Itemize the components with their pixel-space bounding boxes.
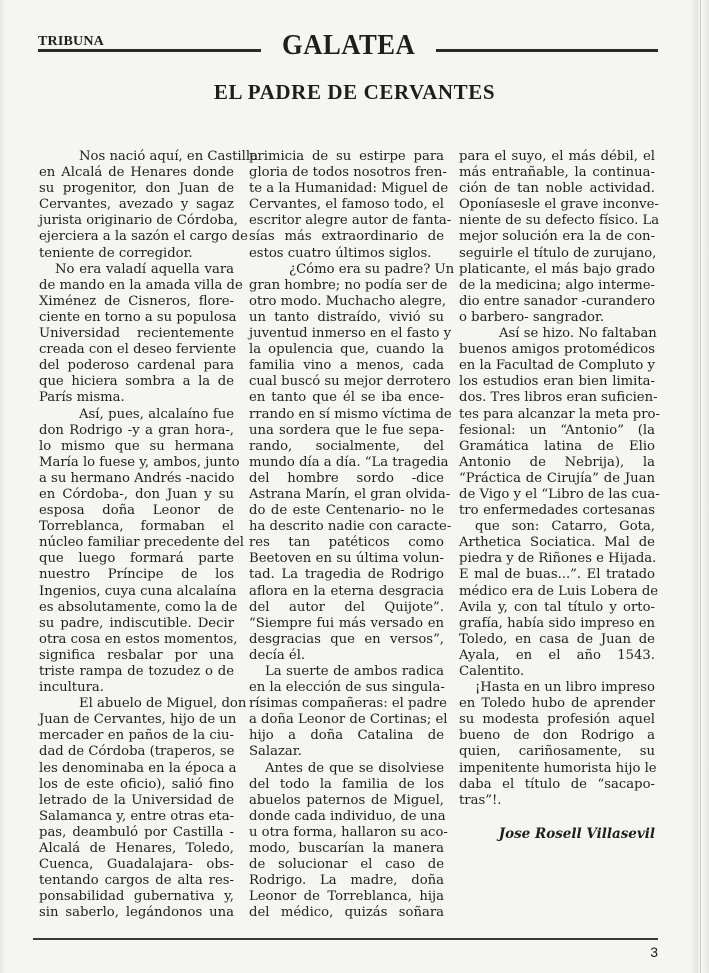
text-line: su padre, indiscutible. Decir	[39, 616, 234, 632]
text-line: dad de Córdoba (traperos, se	[39, 744, 234, 760]
text-line: Gramática latina de Elio	[459, 439, 655, 455]
text-line: Cervantes, avezado y sagaz	[39, 197, 234, 213]
text-line: Oponíasesle el grave inconve-	[459, 197, 655, 213]
text-line: do de este Centenario- no le	[249, 503, 444, 519]
text-line: Calentito.	[459, 664, 655, 680]
header-rule-left	[38, 49, 261, 52]
magazine-page: TRIBUNA GALATEA EL PADRE DE CERVANTES No…	[0, 0, 709, 973]
page-header: TRIBUNA GALATEA	[38, 28, 658, 68]
text-line: buenos amigos protomédicos	[459, 342, 655, 358]
text-line: teniente de corregidor.	[39, 246, 234, 262]
text-line: gloria de todos nosotros fren-	[249, 165, 444, 181]
text-line: modo, buscarían la manera	[249, 841, 444, 857]
text-line: Torreblanca, formaban el	[39, 519, 234, 535]
text-line: del hombre sordo -dice	[249, 471, 444, 487]
text-line: sías más extraordinario de	[249, 229, 444, 245]
text-line: Arthetica Sociatica. Mal de	[459, 535, 655, 551]
magazine-title: GALATEA	[282, 29, 415, 62]
text-line: Cervantes, el famoso todo, el	[249, 197, 444, 213]
text-line: nuestro Príncipe de los	[39, 567, 234, 583]
text-line: gran hombre; no podía ser de	[249, 278, 444, 294]
text-line: ciente en torno a su populosa	[39, 310, 234, 326]
text-line: Alcalá de Henares, Toledo,	[39, 841, 234, 857]
text-line: mundo día a día. “La tragedia	[249, 455, 444, 471]
text-line: su modesta profesión aquel	[459, 712, 655, 728]
text-line: piedra y de Riñones e Hijada.	[459, 551, 655, 567]
text-line: mejor solución era la de con-	[459, 229, 655, 245]
text-line: en Toledo hubo de aprender	[459, 696, 655, 712]
text-line: de Vigo y el “Libro de las cua-	[459, 487, 655, 503]
text-line: ción de tan noble actividad.	[459, 181, 655, 197]
text-line: “Siempre fui más versado en	[249, 616, 444, 632]
text-line: donde cada individuo, de una	[249, 809, 444, 825]
text-line: que luego formará parte	[39, 551, 234, 567]
text-line: Salazar.	[249, 744, 444, 760]
text-line: a doña Leonor de Cortinas; el	[249, 712, 444, 728]
text-line: ponsabilidad gubernativa y,	[39, 889, 234, 905]
text-line: res tan patéticos como	[249, 535, 444, 551]
text-line: creada con el deseo ferviente	[39, 342, 234, 358]
text-line: desgracias que en versos”,	[249, 632, 444, 648]
text-line: ¿Cómo era su padre? Un	[249, 262, 444, 278]
text-line: del poderoso cardenal para	[39, 358, 234, 374]
text-column-3: para el suyo, el más débil, elmás entrañ…	[459, 149, 655, 809]
text-line: juventud inmerso en el fasto y	[249, 326, 444, 342]
text-line: Así, pues, alcalaíno fue	[39, 407, 234, 423]
page-edge	[700, 0, 701, 973]
text-line: les denominaba en la época a	[39, 761, 234, 777]
text-line: Nos nació aquí, en Castilla	[39, 149, 234, 165]
text-line: Juan de Cervantes, hijo de un	[39, 712, 234, 728]
text-line: que hiciera sombra a la de	[39, 374, 234, 390]
header-rule-right	[436, 49, 658, 52]
text-line: es absolutamente, como la de	[39, 600, 234, 616]
text-line: la opulencia que, cuando la	[249, 342, 444, 358]
text-line: hijo a doña Catalina de	[249, 728, 444, 744]
text-line: del todo la familia de los	[249, 777, 444, 793]
text-line: rísimas compañeras: el padre	[249, 696, 444, 712]
text-line: Ayala, en el año 1543.	[459, 648, 655, 664]
text-line: aflora en la eterna desgracia	[249, 584, 444, 600]
text-line: tras”!.	[459, 793, 655, 809]
text-line: dos. Tres libros eran suficien-	[459, 390, 655, 406]
text-line: a su hermano Andrés -nacido	[39, 471, 234, 487]
text-line: médico era de Luis Lobera de	[459, 584, 655, 600]
text-line: en Córdoba-, don Juan y su	[39, 487, 234, 503]
text-line: ejerciera a la sazón el cargo de	[39, 229, 234, 245]
text-line: de la medicina; algo interme-	[459, 278, 655, 294]
text-line: ha descrito nadie con caracte-	[249, 519, 444, 535]
text-line: decía él.	[249, 648, 444, 664]
text-line: los de este oficio), salió fino	[39, 777, 234, 793]
text-line: El abuelo de Miguel, don	[39, 696, 234, 712]
text-line: en la Facultad de Compluto y	[459, 358, 655, 374]
text-line: jurista originario de Córdoba,	[39, 213, 234, 229]
text-line: de solucionar el caso de	[249, 857, 444, 873]
text-line: de mando en la amada villa de	[39, 278, 234, 294]
article-title: EL PADRE DE CERVANTES	[0, 80, 709, 105]
text-line: escritor alegre autor de fanta-	[249, 213, 444, 229]
text-line: en Alcalá de Henares donde	[39, 165, 234, 181]
text-line: núcleo familiar precedente del	[39, 535, 234, 551]
text-line: u otra forma, hallaron su aco-	[249, 825, 444, 841]
text-line: E mal de buas...”. El tratado	[459, 567, 655, 583]
text-line: María lo fuese y, ambos, junto	[39, 455, 234, 471]
text-line: más entrañable, la continua-	[459, 165, 655, 181]
text-line: rrando en sí mismo víctima de	[249, 407, 444, 423]
text-column-2: primicia de su estirpe paragloria de tod…	[249, 149, 444, 922]
text-column-1: Nos nació aquí, en Castillaen Alcalá de …	[39, 149, 234, 922]
text-line: una sordera que le fue sepa-	[249, 423, 444, 439]
text-line: los estudios eran bien limita-	[459, 374, 655, 390]
text-line: un tanto distraído, vivió su	[249, 310, 444, 326]
text-line: estos cuatro últimos siglos.	[249, 246, 444, 262]
text-line: que son: Catarro, Gota,	[459, 519, 655, 535]
text-line: mercader en paños de la ciu-	[39, 728, 234, 744]
text-line: triste rampa de tozudez o de	[39, 664, 234, 680]
text-line: La suerte de ambos radica	[249, 664, 444, 680]
text-line: tes para alcanzar la meta pro-	[459, 407, 655, 423]
text-line: Beetoven en su última volun-	[249, 551, 444, 567]
text-line: esposa doña Leonor de	[39, 503, 234, 519]
text-line: su progenitor, don Juan de	[39, 181, 234, 197]
text-line: familia vino a menos, cada	[249, 358, 444, 374]
text-line: cual buscó su mejor derrotero	[249, 374, 444, 390]
text-line: quien, cariñosamente, su	[459, 744, 655, 760]
text-line: del autor del Quijote”.	[249, 600, 444, 616]
text-line: daba el título de “sacapo-	[459, 777, 655, 793]
text-line: niente de su defecto físico. La	[459, 213, 655, 229]
text-line: en tanto que él se iba ence-	[249, 390, 444, 406]
text-line: tentando cargos de alta res-	[39, 873, 234, 889]
text-line: bueno de don Rodrigo a	[459, 728, 655, 744]
text-line: para el suyo, el más débil, el	[459, 149, 655, 165]
text-line: Toledo, en casa de Juan de	[459, 632, 655, 648]
text-line: No era valadí aquella vara	[39, 262, 234, 278]
text-line: sin saberlo, legándonos una	[39, 905, 234, 921]
text-line: primicia de su estirpe para	[249, 149, 444, 165]
section-label: TRIBUNA	[38, 34, 104, 50]
text-line: significa resbalar por una	[39, 648, 234, 664]
text-line: fesional: un “Antonio” (la	[459, 423, 655, 439]
text-line: Universidad recientemente	[39, 326, 234, 342]
text-line: ¡Hasta en un libro impreso	[459, 680, 655, 696]
text-line: del médico, quizás soñara	[249, 905, 444, 921]
text-line: incultura.	[39, 680, 234, 696]
text-line: Antes de que se disolviese	[249, 761, 444, 777]
text-line: platicante, el más bajo grado	[459, 262, 655, 278]
text-line: Salamanca y, entre otras eta-	[39, 809, 234, 825]
text-line: seguirle el título de zurujano,	[459, 246, 655, 262]
text-line: letrado de la Universidad de	[39, 793, 234, 809]
text-line: dio entre sanador -curandero	[459, 294, 655, 310]
text-line: Antonio de Nebrija), la	[459, 455, 655, 471]
text-line: otra cosa en estos momentos,	[39, 632, 234, 648]
page-number: 3	[650, 944, 658, 960]
text-line: tad. La tragedia de Rodrigo	[249, 567, 444, 583]
text-line: pas, deambuló por Castilla -	[39, 825, 234, 841]
footer-rule	[33, 938, 658, 940]
text-line: lo mismo que su hermana	[39, 439, 234, 455]
text-line: París misma.	[39, 390, 234, 406]
text-line: Astrana Marín, el gran olvida-	[249, 487, 444, 503]
text-line: don Rodrigo -y a gran hora-,	[39, 423, 234, 439]
text-line: Así se hizo. No faltaban	[459, 326, 655, 342]
text-line: grafía, había sido impreso en	[459, 616, 655, 632]
text-line: otro modo. Muchacho alegre,	[249, 294, 444, 310]
text-line: Ingenios, cuya cuna alcalaína	[39, 584, 234, 600]
text-line: Ximénez de Cisneros, flore-	[39, 294, 234, 310]
text-line: en la elección de sus singula-	[249, 680, 444, 696]
text-line: Cuenca, Guadalajara- obs-	[39, 857, 234, 873]
text-line: o barbero- sangrador.	[459, 310, 655, 326]
text-line: Avila y, con tal título y orto-	[459, 600, 655, 616]
text-line: te a la Humanidad: Miguel de	[249, 181, 444, 197]
text-line: abuelos paternos de Miguel,	[249, 793, 444, 809]
author-signature: Jose Rosell Villasevil	[499, 826, 655, 842]
text-line: Rodrigo. La madre, doña	[249, 873, 444, 889]
text-line: “Práctica de Cirujía” de Juan	[459, 471, 655, 487]
text-line: rando, socialmente, del	[249, 439, 444, 455]
text-line: tro enfermedades cortesanas	[459, 503, 655, 519]
text-line: impenitente humorista hijo le	[459, 761, 655, 777]
text-line: Leonor de Torreblanca, hija	[249, 889, 444, 905]
